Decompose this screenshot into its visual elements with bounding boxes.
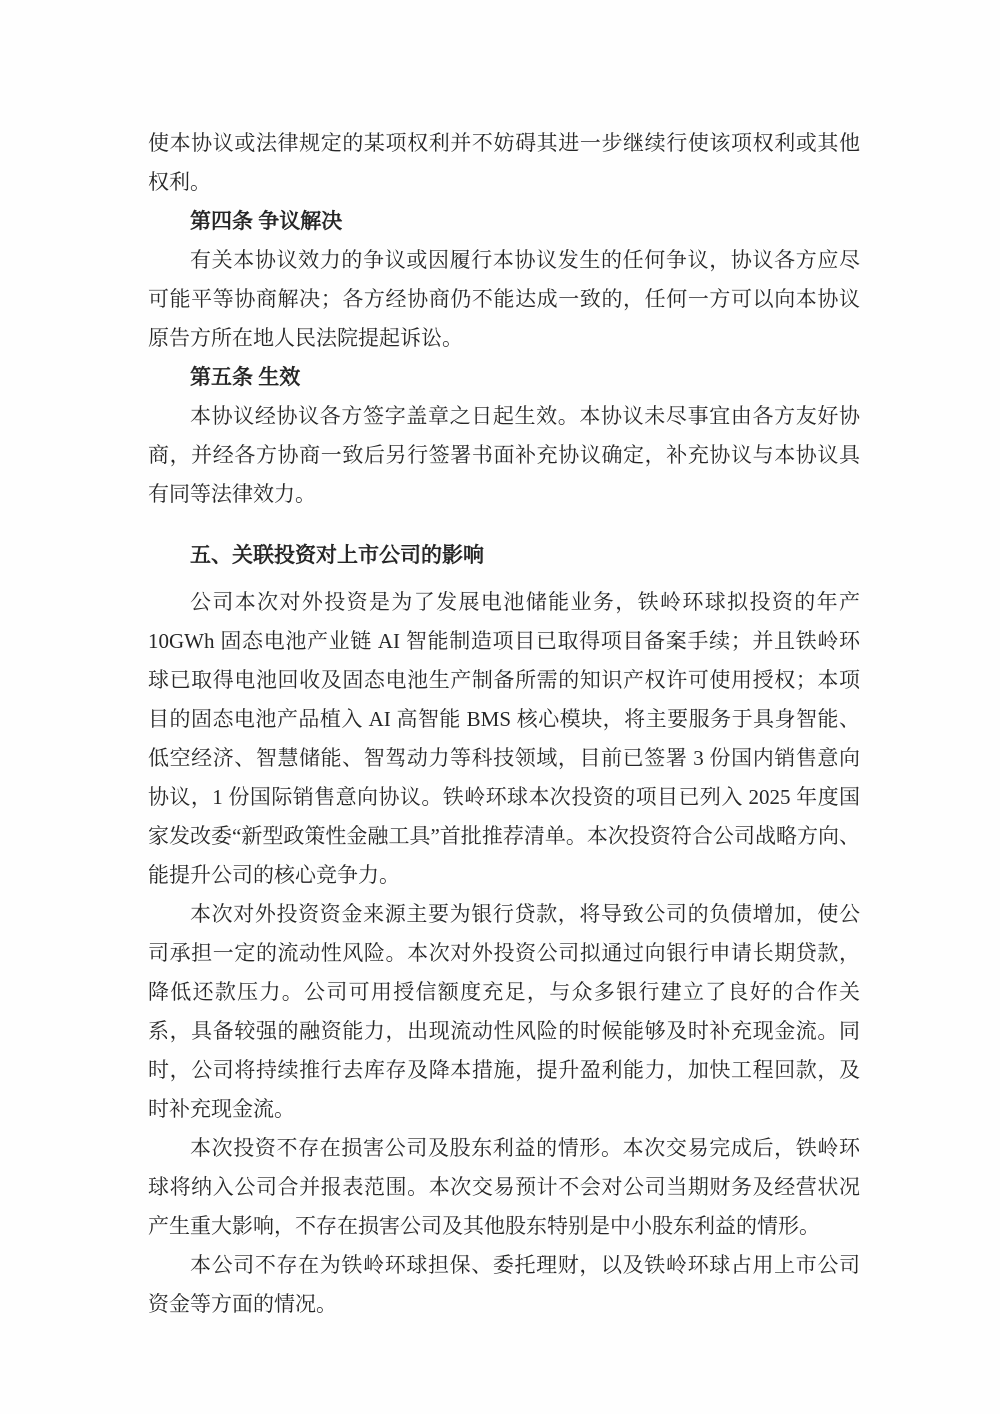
paragraph-investment-purpose: 公司本次对外投资是为了发展电池储能业务，铁岭环球拟投资的年产 10GWh 固态电… bbox=[148, 583, 860, 895]
paragraph-no-guarantee-statement: 本公司不存在为铁岭环球担保、委托理财，以及铁岭环球占用上市公司资金等方面的情况。 bbox=[148, 1246, 860, 1324]
document-page: 使本协议或法律规定的某项权利并不妨碍其进一步继续行使该项权利或其他权利。 第四条… bbox=[0, 0, 1000, 1414]
heading-article-4-dispute-resolution: 第四条 争议解决 bbox=[148, 202, 860, 241]
paragraph-dispute-resolution: 有关本协议效力的争议或因履行本协议发生的任何争议，协议各方应尽可能平等协商解决；… bbox=[148, 241, 860, 358]
document-body: 使本协议或法律规定的某项权利并不妨碍其进一步继续行使该项权利或其他权利。 第四条… bbox=[148, 124, 860, 1324]
heading-section-5-investment-impact: 五、关联投资对上市公司的影响 bbox=[148, 536, 860, 575]
heading-article-5-effectiveness: 第五条 生效 bbox=[148, 358, 860, 397]
paragraph-effectiveness: 本协议经协议各方签字盖章之日起生效。本协议未尽事宜由各方友好协商，并经各方协商一… bbox=[148, 397, 860, 514]
paragraph-rights-continuation: 使本协议或法律规定的某项权利并不妨碍其进一步继续行使该项权利或其他权利。 bbox=[148, 124, 860, 202]
paragraph-no-harm-to-shareholders: 本次投资不存在损害公司及股东利益的情形。本次交易完成后，铁岭环球将纳入公司合并报… bbox=[148, 1129, 860, 1246]
paragraph-funding-source-risk: 本次对外投资资金来源主要为银行贷款，将导致公司的负债增加，使公司承担一定的流动性… bbox=[148, 895, 860, 1129]
